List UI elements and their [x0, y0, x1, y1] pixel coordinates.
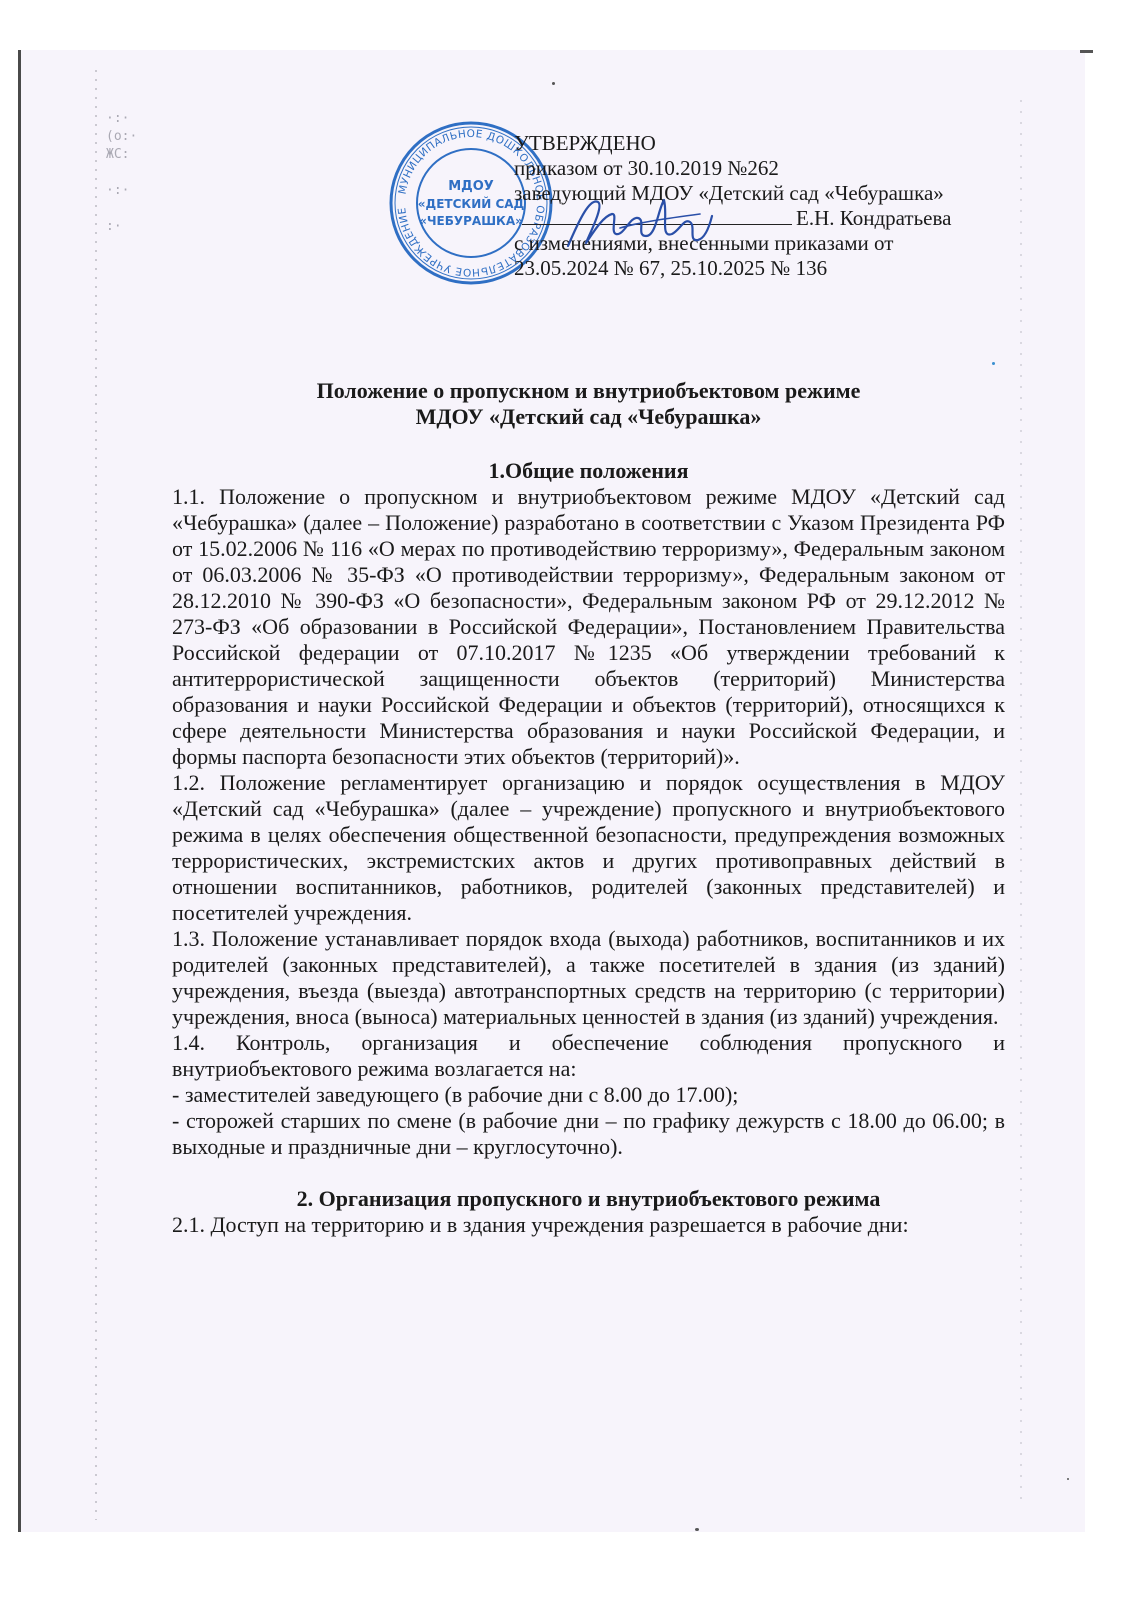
scan-dust: [1067, 1478, 1069, 1480]
list-item-deputies: - заместителей заведующего (в рабочие дн…: [172, 1082, 1005, 1108]
signature-scribble-icon: [560, 188, 720, 258]
scan-dust: [695, 1528, 699, 1531]
stamp-center-line2: «ДЕТСКИЙ САД: [418, 196, 524, 211]
list-item-watchmen: - сторожей старших по смене (в рабочие д…: [172, 1108, 1005, 1160]
section-heading-2: 2. Организация пропускного и внутриобъек…: [172, 1186, 1005, 1212]
paragraph-2-1: 2.1. Доступ на территорию и в здания учр…: [172, 1212, 1005, 1238]
document-title-line-1: Положение о пропускном и внутриобъектово…: [172, 378, 1005, 404]
amendments-line-2: 23.05.2024 № 67, 25.10.2025 № 136: [514, 256, 994, 281]
bleed-through-marks: ·:·(о:·ЖС: ·:· :·: [106, 110, 137, 236]
section-spacer: [172, 1160, 1005, 1186]
approved-label: УТВЕРЖДЕНО: [514, 131, 994, 156]
paragraph-1-2: 1.2. Положение регламентирует организаци…: [172, 770, 1005, 926]
signatory-name: Е.Н. Кондратьева: [796, 206, 951, 230]
scan-dust: [552, 82, 555, 85]
scan-artifact-column-right: [1020, 100, 1022, 1500]
paragraph-1-1: 1.1. Положение о пропускном и внутриобъе…: [172, 484, 1005, 770]
handwritten-signature: [560, 188, 720, 258]
paragraph-1-4: 1.4. Контроль, организация и обеспечение…: [172, 1030, 1005, 1082]
scan-dust: [992, 362, 995, 365]
paragraph-1-3: 1.3. Положение устанавливает порядок вхо…: [172, 926, 1005, 1030]
document-title-line-2: МДОУ «Детский сад «Чебурашка»: [172, 404, 1005, 430]
stamp-center-line1: МДОУ: [448, 179, 494, 194]
section-heading-1: 1.Общие положения: [172, 458, 1005, 484]
stamp-center-line3: «ЧЕБУРАШКА»: [419, 214, 523, 228]
page-edge-mark: [1080, 50, 1093, 53]
order-reference: приказом от 30.10.2019 №262: [514, 156, 994, 181]
document-body: 1.Общие положения 1.1. Положение о пропу…: [172, 458, 1005, 1238]
scan-artifact-column: [95, 70, 97, 1520]
document-title: Положение о пропускном и внутриобъектово…: [172, 378, 1005, 430]
